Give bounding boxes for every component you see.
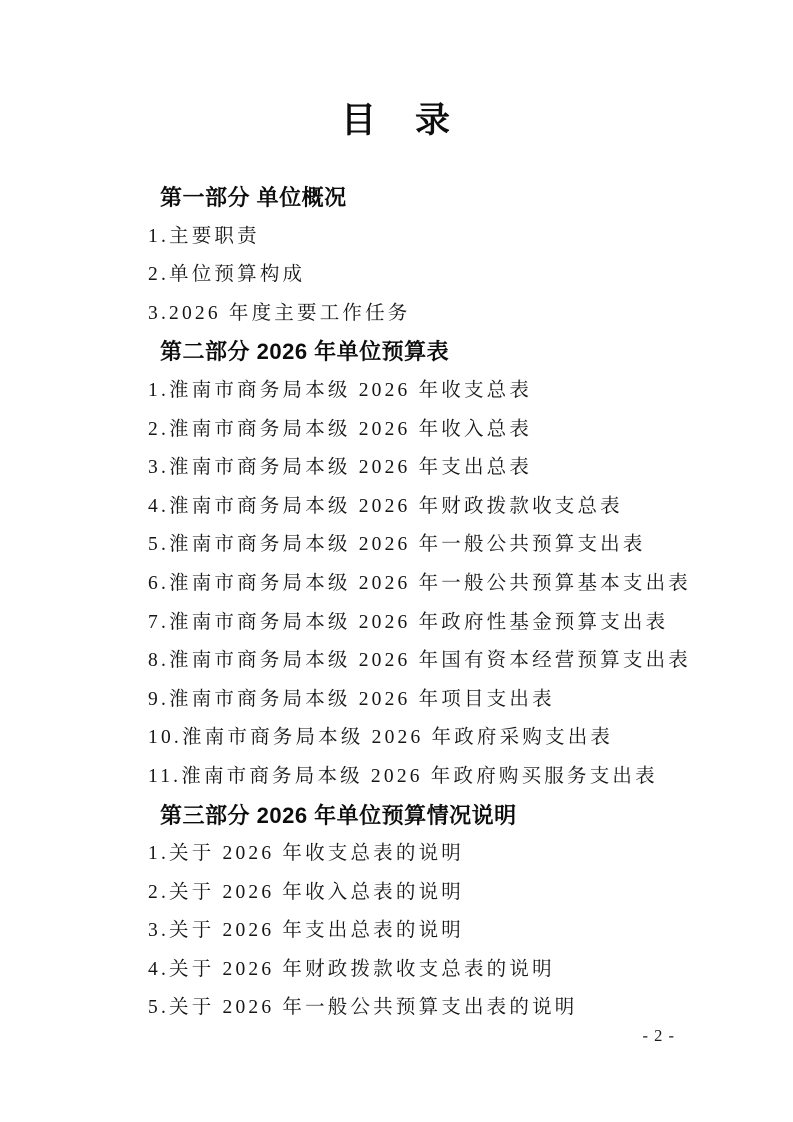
toc-item: 2.淮南市商务局本级 2026 年收入总表 bbox=[0, 411, 793, 450]
toc-item: 5.关于 2026 年一般公共预算支出表的说明 bbox=[0, 989, 793, 1028]
toc-item: 9.淮南市商务局本级 2026 年项目支出表 bbox=[0, 681, 793, 720]
toc-item: 5.淮南市商务局本级 2026 年一般公共预算支出表 bbox=[0, 526, 793, 565]
toc-item: 4.关于 2026 年财政拨款收支总表的说明 bbox=[0, 951, 793, 990]
toc-item: 11.淮南市商务局本级 2026 年政府购买服务支出表 bbox=[0, 758, 793, 797]
toc-item: 1.淮南市商务局本级 2026 年收支总表 bbox=[0, 372, 793, 411]
table-of-contents: 第一部分 单位概况 1.主要职责 2.单位预算构成 3.2026 年度主要工作任… bbox=[0, 179, 793, 1028]
toc-item: 1.关于 2026 年收支总表的说明 bbox=[0, 835, 793, 874]
toc-section-heading-part1: 第一部分 单位概况 bbox=[0, 179, 793, 218]
toc-item: 1.主要职责 bbox=[0, 218, 793, 257]
toc-item: 4.淮南市商务局本级 2026 年财政拨款收支总表 bbox=[0, 488, 793, 527]
toc-item: 7.淮南市商务局本级 2026 年政府性基金预算支出表 bbox=[0, 604, 793, 643]
toc-item: 3.淮南市商务局本级 2026 年支出总表 bbox=[0, 449, 793, 488]
document-page: 目 录 第一部分 单位概况 1.主要职责 2.单位预算构成 3.2026 年度主… bbox=[0, 0, 793, 1122]
toc-item: 10.淮南市商务局本级 2026 年政府采购支出表 bbox=[0, 719, 793, 758]
toc-item: 2.单位预算构成 bbox=[0, 256, 793, 295]
document-title: 目 录 bbox=[0, 93, 793, 143]
toc-section-heading-part2: 第二部分 2026 年单位预算表 bbox=[0, 333, 793, 372]
toc-item: 3.关于 2026 年支出总表的说明 bbox=[0, 912, 793, 951]
toc-section-heading-part3: 第三部分 2026 年单位预算情况说明 bbox=[0, 797, 793, 836]
toc-item: 6.淮南市商务局本级 2026 年一般公共预算基本支出表 bbox=[0, 565, 793, 604]
toc-item: 2.关于 2026 年收入总表的说明 bbox=[0, 874, 793, 913]
toc-item: 3.2026 年度主要工作任务 bbox=[0, 295, 793, 334]
toc-item: 8.淮南市商务局本级 2026 年国有资本经营预算支出表 bbox=[0, 642, 793, 681]
page-number: - 2 - bbox=[643, 1026, 676, 1046]
